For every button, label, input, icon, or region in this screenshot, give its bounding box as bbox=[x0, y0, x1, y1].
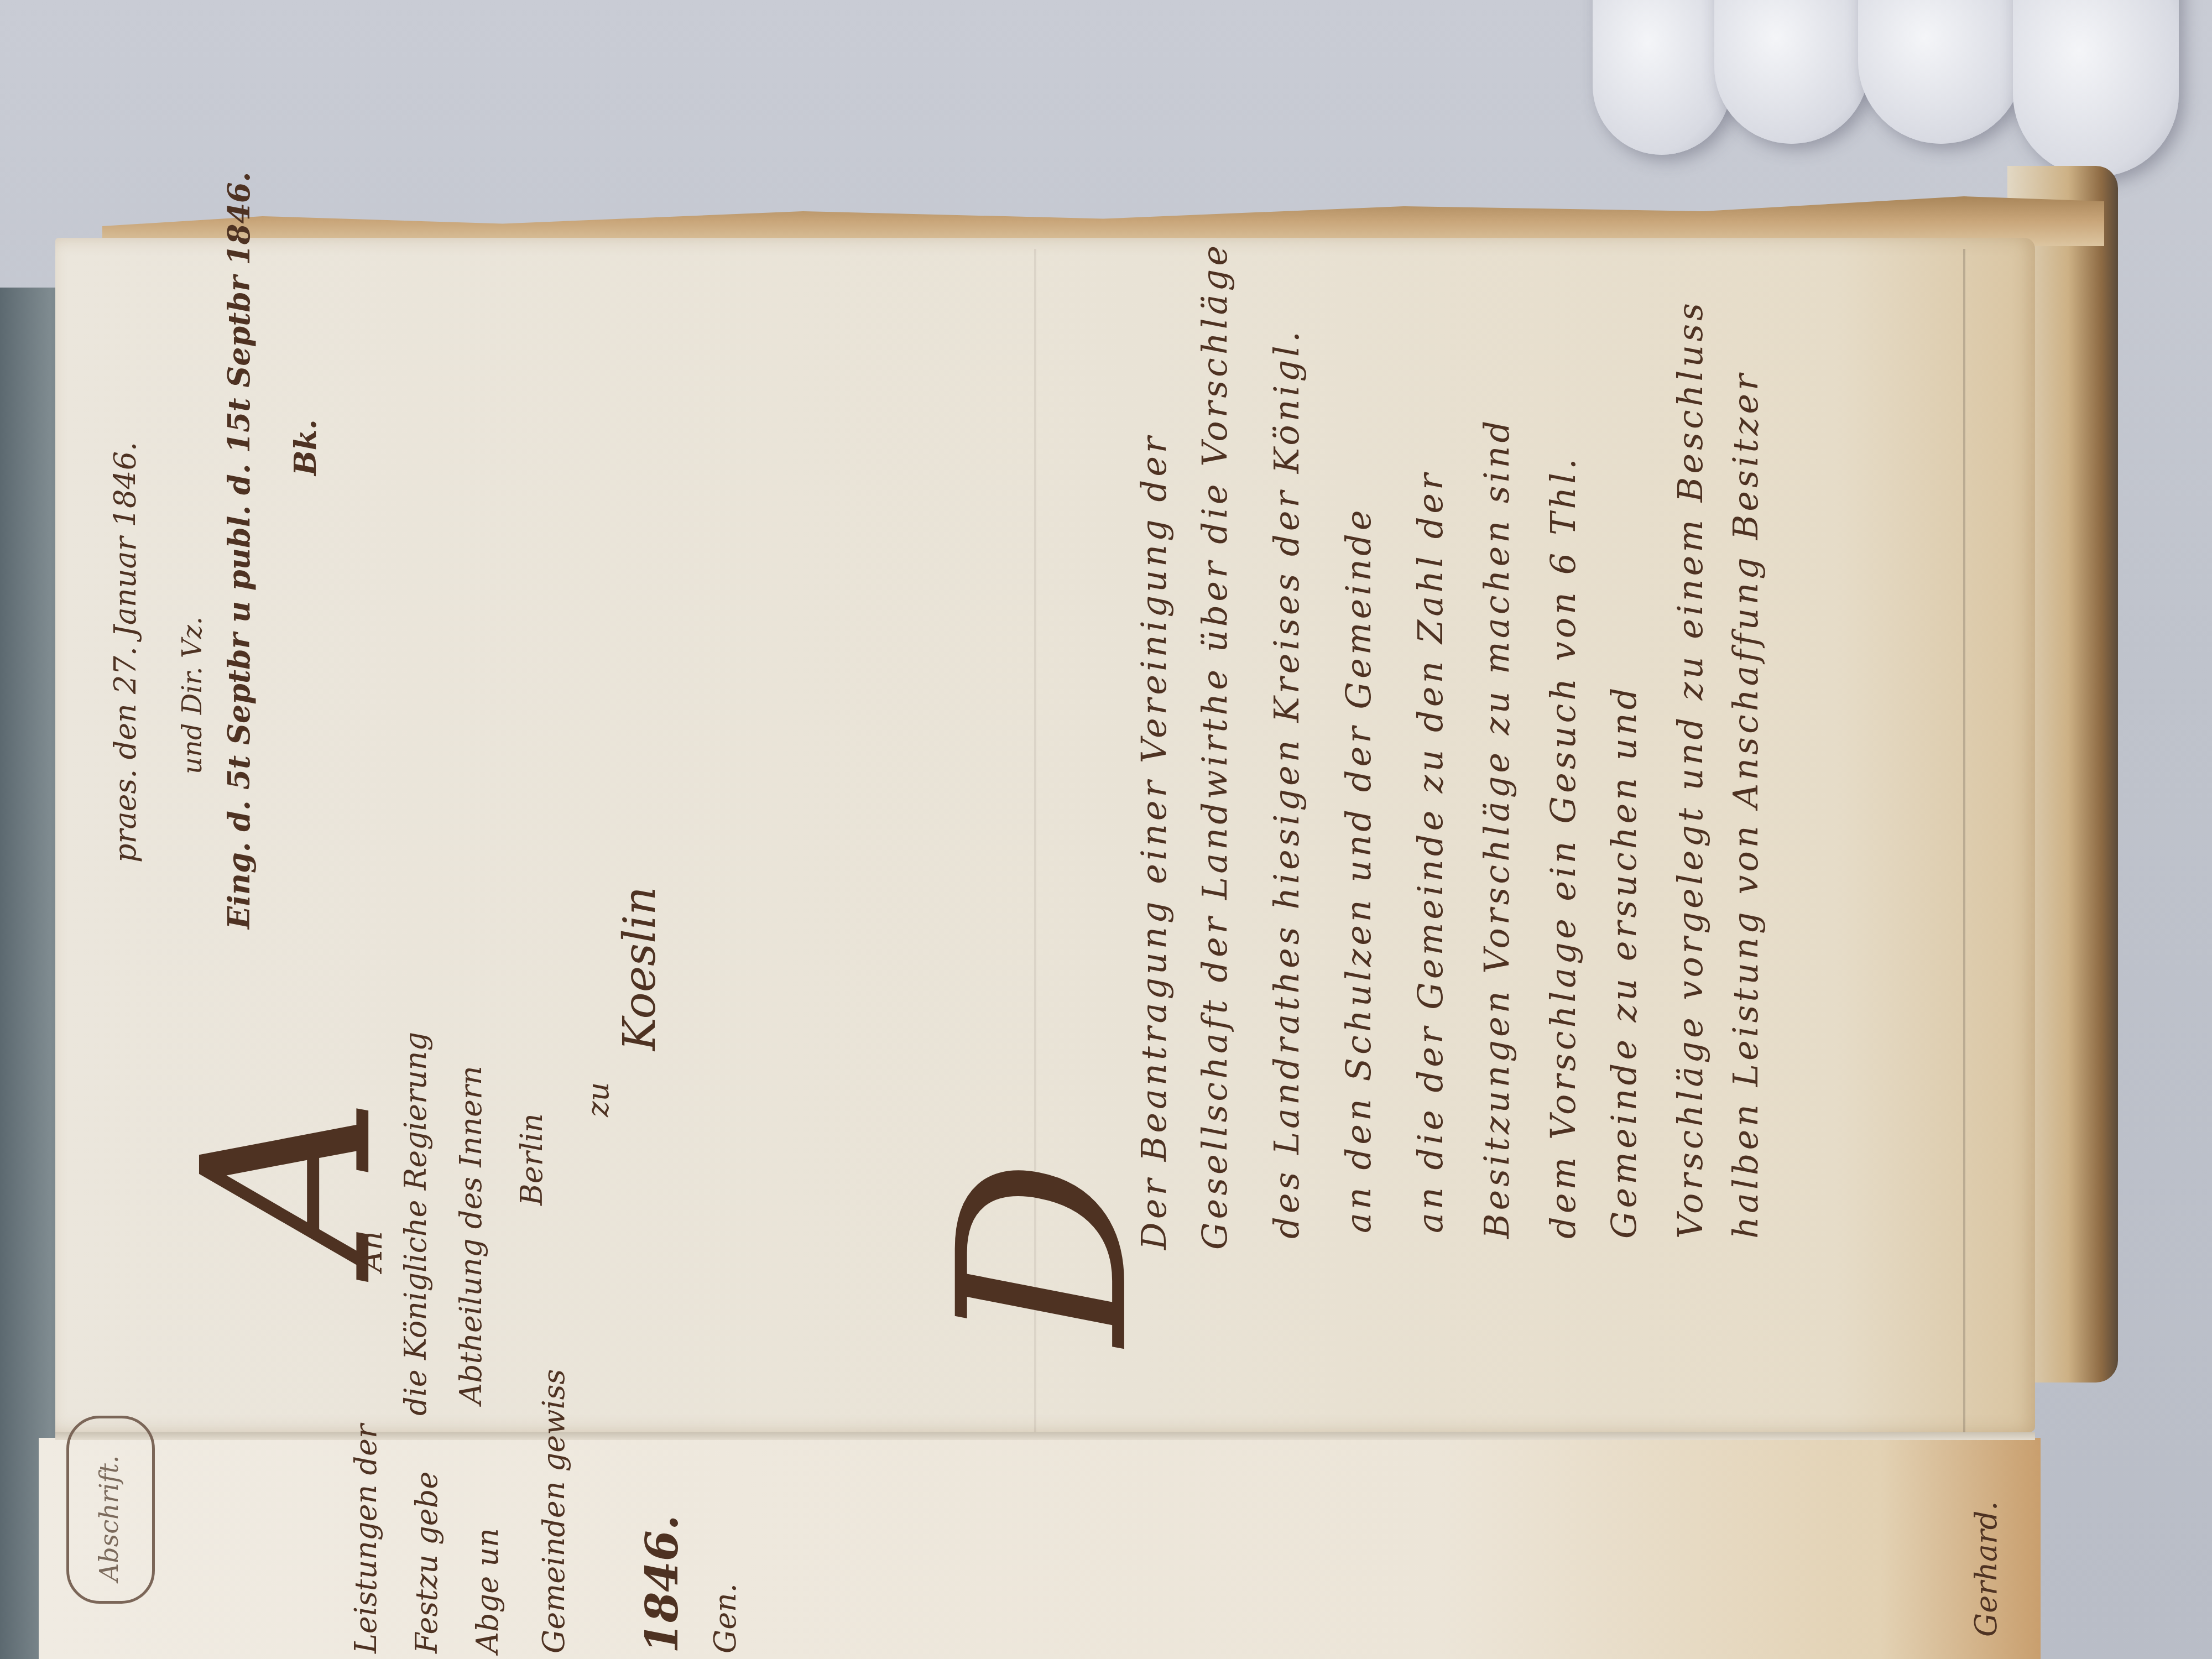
body-line: halben Leistung von Anschaffung Besitzer bbox=[1725, 371, 1766, 1239]
address-line: zu bbox=[581, 1082, 615, 1117]
body-line: an die der Gemeinde zu den Zahl der bbox=[1410, 470, 1451, 1233]
lower-page-fragment: Gen. bbox=[708, 1583, 743, 1653]
lower-page-fragment: Leistungen der bbox=[348, 1424, 383, 1653]
lower-page-fragment: Festzu gebe bbox=[409, 1472, 444, 1653]
body-line: Vorschläge vorgelegt und zu einem Beschl… bbox=[1670, 300, 1710, 1239]
body-line: Besitzungen Vorschläge zu machen sind bbox=[1477, 418, 1517, 1239]
body-line: dem Vorschlage ein Gesuch von 6 Thl. bbox=[1543, 455, 1583, 1239]
address-line: Berlin bbox=[514, 1113, 549, 1206]
address-line: die Königliche Regierung bbox=[398, 1032, 433, 1416]
header-note-published: Eing. d. 5t Septbr u publ. d. 15t Septbr… bbox=[221, 172, 257, 929]
glove-finger bbox=[2013, 0, 2179, 177]
header-note-initials: Bk. bbox=[288, 419, 323, 476]
body-line: Gemeinde zu ersuchen und bbox=[1604, 685, 1644, 1239]
margin-label: Abschrift. bbox=[94, 1455, 124, 1582]
lower-facing-page bbox=[39, 1438, 2041, 1659]
lower-page-fragment: Gemeinden gewiss bbox=[536, 1369, 571, 1653]
lower-right-signature: Gerhard. bbox=[1969, 1501, 2004, 1637]
header-note-dir: und Dir. Vz. bbox=[177, 617, 208, 774]
lower-page-fragment: Abge un bbox=[470, 1528, 505, 1653]
margin-ruling bbox=[1963, 249, 1965, 1432]
address-line: Abtheilung des Innern bbox=[453, 1066, 488, 1405]
header-note-received: praes. den 27. Januar 1846. bbox=[108, 442, 143, 863]
glove-finger bbox=[1858, 0, 2024, 144]
body-line: Gesellschaft der Landwirthe über die Vor… bbox=[1194, 242, 1235, 1250]
address-line: An bbox=[354, 1231, 389, 1272]
lower-page-fragment: 1846. bbox=[636, 1515, 688, 1653]
body-line: Der Beantragung einer Vereinigung der bbox=[1134, 433, 1174, 1250]
body-line: des Landrathes hiesigen Kreises der Köni… bbox=[1266, 328, 1307, 1239]
glove-finger bbox=[1714, 0, 1869, 144]
glove-finger bbox=[1593, 0, 1731, 155]
address-line: Koeslin bbox=[614, 886, 665, 1051]
body-line: an den Schulzen und der Gemeinde bbox=[1338, 507, 1379, 1233]
